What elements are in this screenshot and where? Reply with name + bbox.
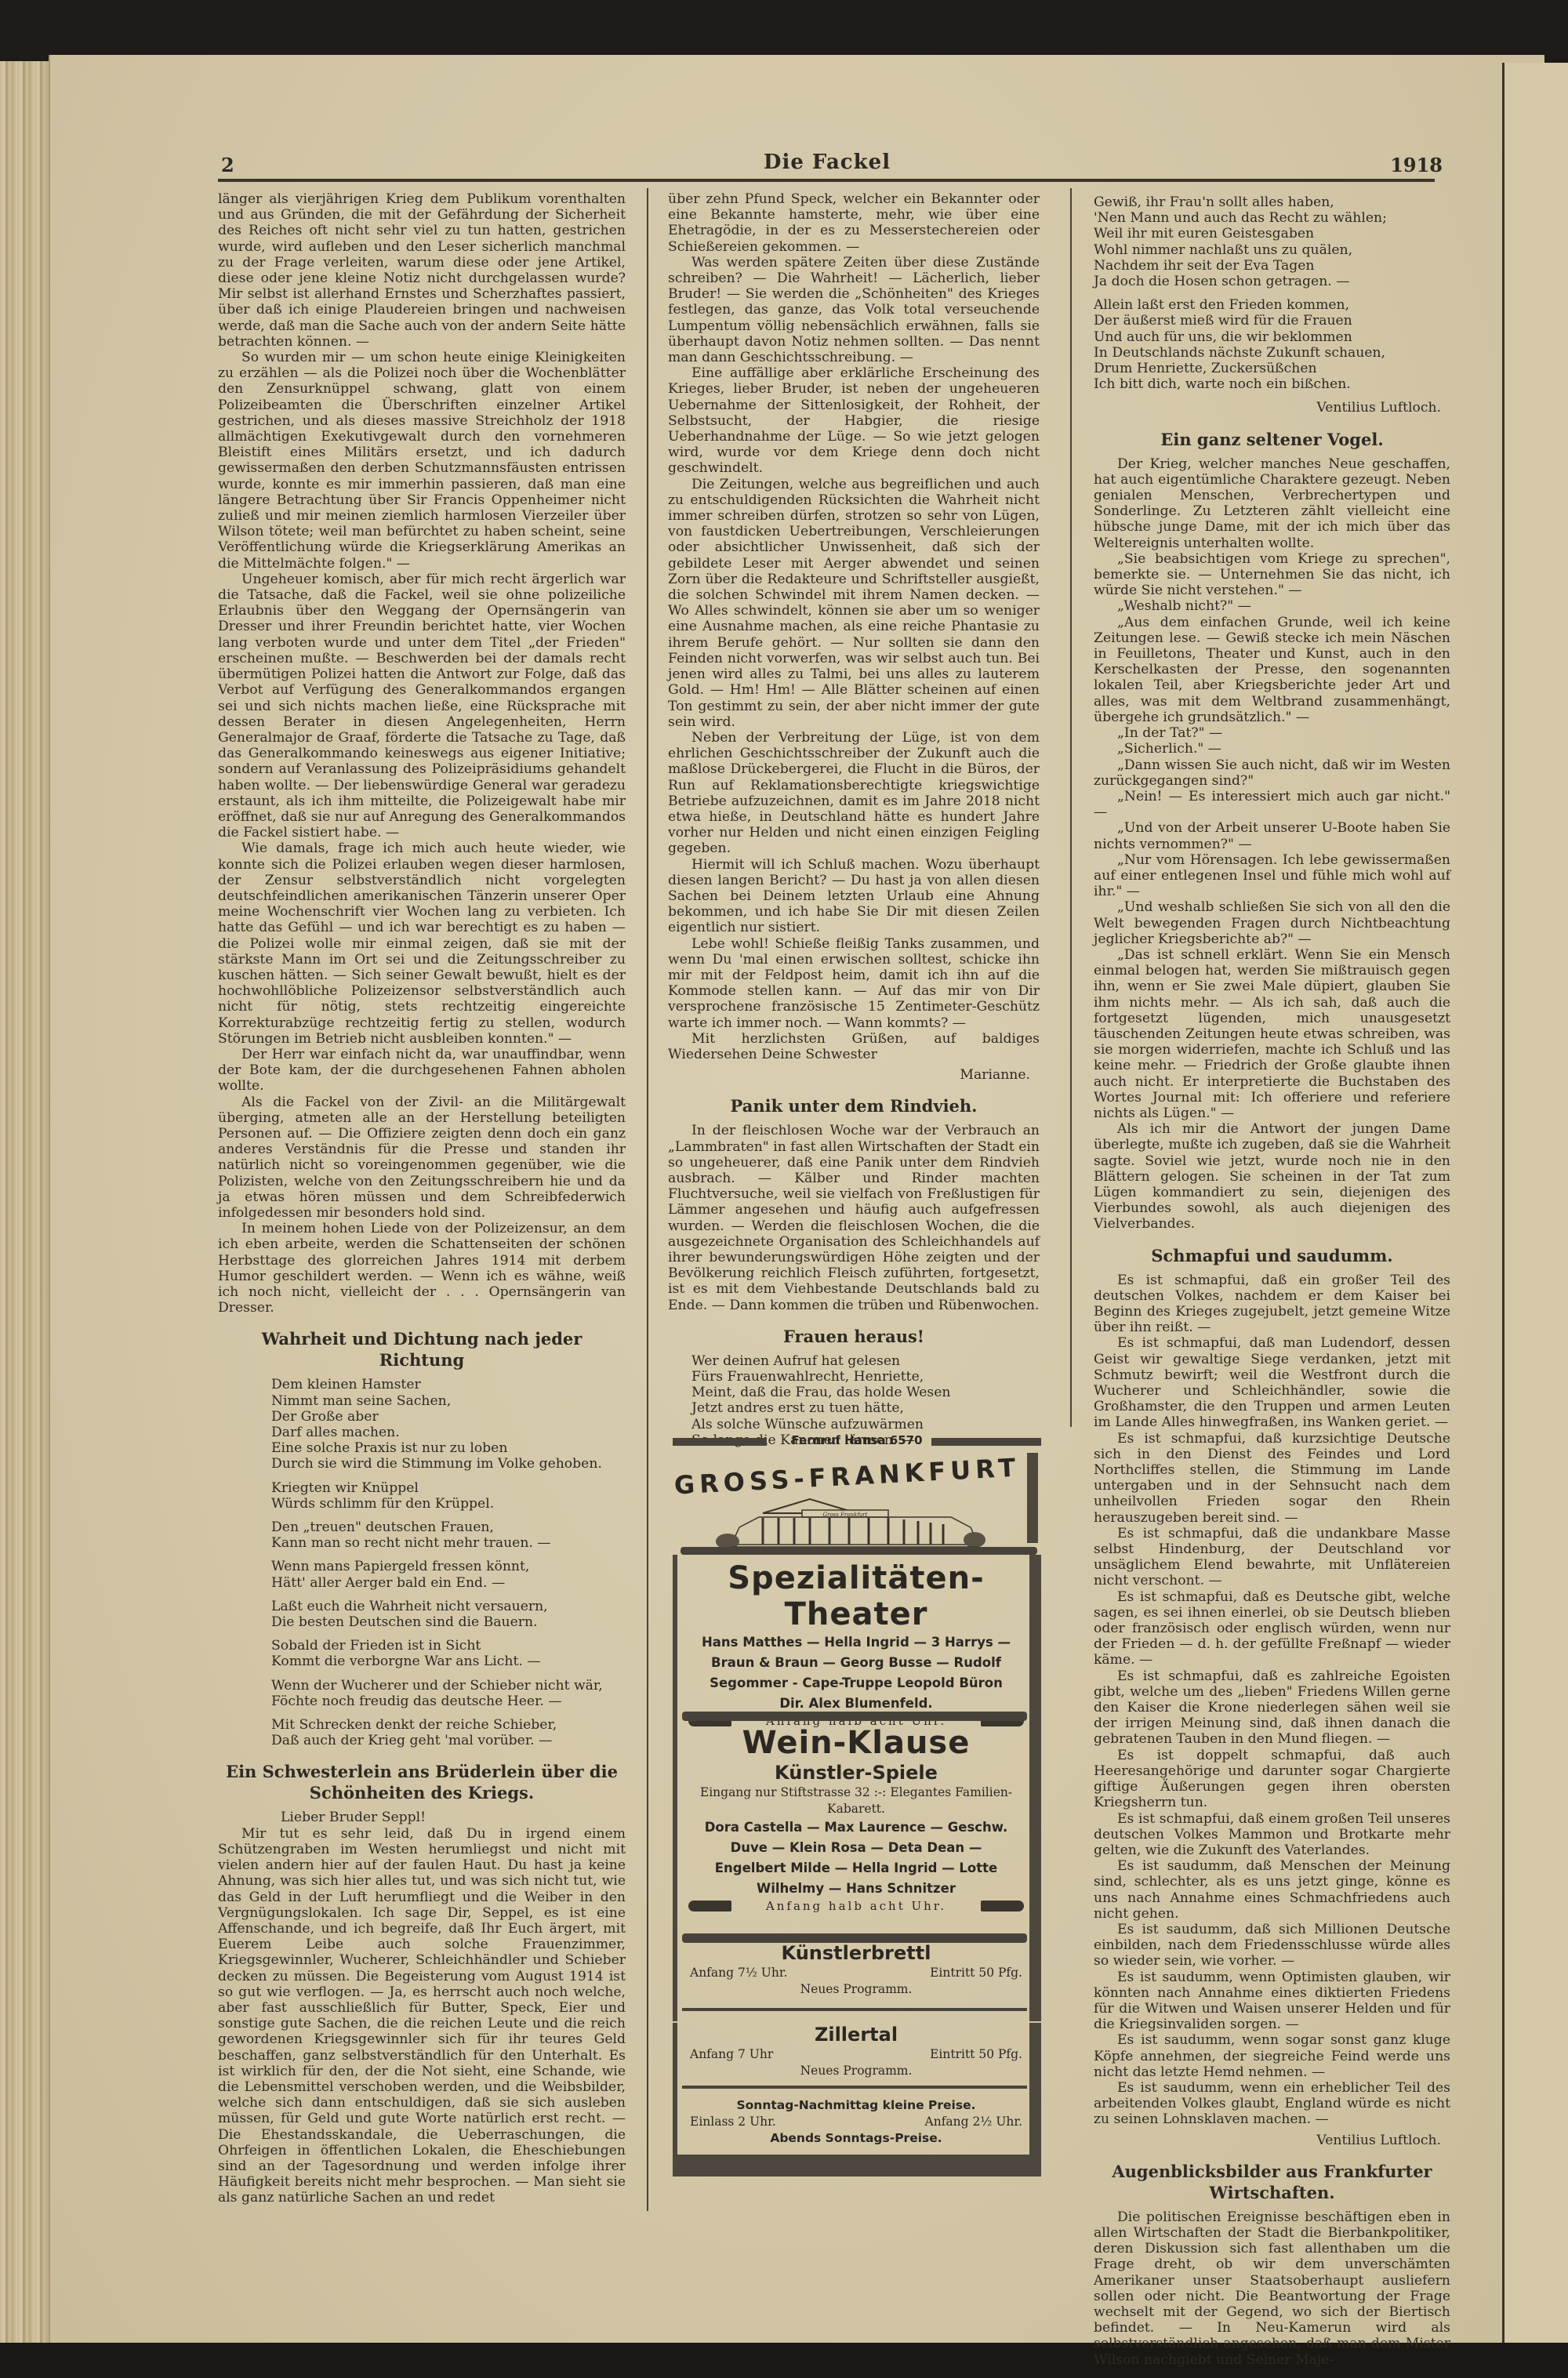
verse-line: Allein laßt erst den Frieden kommen,: [1094, 297, 1450, 313]
header-rule: [218, 179, 1435, 182]
wein-klause-entrance: Eingang nur Stiftstrasse 32 :-: Elegante…: [684, 1784, 1029, 1817]
column-3: Gewiß, ihr Frau'n sollt alles haben, 'Ne…: [1094, 191, 1450, 2368]
paragraph: Es ist schmapfui, daß ein großer Teil de…: [1094, 1273, 1450, 1336]
running-head: 2 Die Fackel 1918: [212, 151, 1443, 182]
ad-frame-right: [1027, 1453, 1038, 1543]
paragraph: Hiermit will ich Schluß machen. Wozu übe…: [668, 857, 1040, 936]
paragraph: Es ist schmapfui, daß einem großen Teil …: [1094, 1811, 1450, 1859]
paragraph: Es ist doppelt schmapfui, daß auch Heere…: [1094, 1748, 1450, 1811]
verse-line: Den „treuen" deutschen Frauen,: [271, 1519, 626, 1535]
verse-line: Der Große aber: [271, 1409, 626, 1425]
signature-marianne: Marianne.: [668, 1067, 1040, 1083]
verse-line: Gewiß, ihr Frau'n sollt alles haben,: [1094, 194, 1450, 210]
paragraph: „In der Tat?" —: [1094, 725, 1450, 741]
verse-line: Kann man so recht nicht mehr trauen. —: [271, 1535, 626, 1551]
paragraph: „Sie beabsichtigen vom Kriege zu spreche…: [1094, 551, 1450, 599]
ad-frame-left: [673, 1555, 677, 2021]
poem-title-frauen: Frauen heraus!: [668, 1326, 1040, 1347]
wein-klause-performers-line: Duve — Klein Rosa — Deta Dean —: [684, 1838, 1029, 1858]
verse-line: Wohl nimmer nachlaßt uns zu quälen,: [1094, 242, 1450, 258]
column-divider: [1070, 188, 1072, 1427]
paragraph: „Weshalb nicht?" —: [1094, 598, 1450, 614]
paragraph: „Nein! — Es interessiert mich auch gar n…: [1094, 789, 1450, 820]
article-title-schmapfui: Schmapfui und saudumm.: [1094, 1245, 1450, 1266]
ad-section-theater: Spezialitäten-Theater Hans Matthes — Hel…: [684, 1560, 1029, 1728]
kuenstlerbrettl-info-row: Anfang 7½ Uhr. Eintritt 50 Pfg.: [684, 1965, 1029, 1981]
ad-divider: [682, 2008, 1027, 2011]
verse-line: Eine solche Praxis ist nur zu loben: [271, 1440, 626, 1456]
wein-klause-title: Wein-Klause: [684, 1725, 1029, 1761]
ad-section-kuenstlerbrettl: Künstlerbrettl Anfang 7½ Uhr. Eintritt 5…: [684, 1941, 1029, 1998]
paragraph: „Und weshalb schließen Sie sich von all …: [1094, 899, 1450, 947]
verse-line: Drum Henriette, Zuckersüßchen: [1094, 361, 1450, 376]
stanza: Dem kleinen Hamster Nimmt man seine Sach…: [271, 1377, 626, 1472]
paragraph: „Aus dem einfachen Grunde, weil ich kein…: [1094, 615, 1450, 725]
paragraph: So wurden mir — um schon heute einige Kl…: [218, 350, 626, 572]
zillertal-info-row: Anfang 7 Uhr Eintritt 50 Pfg.: [684, 2046, 1029, 2063]
column-divider: [647, 188, 648, 2211]
publication-title: Die Fackel: [212, 151, 1443, 174]
paragraph: länger als vierjährigen Krieg dem Publik…: [218, 191, 626, 350]
paragraph: Mit herzlichsten Grüßen, auf baldiges Wi…: [668, 1031, 1040, 1062]
kuenstlerbrettl-note: Neues Programm.: [684, 1981, 1029, 1998]
stanza: Laßt euch die Wahrheit nicht versauern, …: [271, 1599, 626, 1630]
verse-line: Würds schlimm für den Krüppel.: [271, 1496, 626, 1512]
verse-line: Die besten Deutschen sind die Bauern.: [271, 1614, 626, 1630]
sunday-entry: Einlass 2 Uhr.: [690, 2114, 776, 2130]
verse-line: Und auch für uns, die wir beklommen: [1094, 329, 1450, 345]
verse-line: 'Nen Mann und auch das Recht zu wählen;: [1094, 210, 1450, 226]
ad-section-sunday: Sonntag-Nachmittag kleine Preise. Einlas…: [684, 2097, 1029, 2147]
verse-line: Nachdem ihr seit der Eva Tagen: [1094, 258, 1450, 274]
verse-line: Ja doch die Hosen schon getragen. —: [1094, 274, 1450, 289]
issue-year: 1918: [1390, 154, 1443, 176]
ad-divider: [681, 1547, 1037, 1555]
verse-line: Kriegten wir Knüppel: [271, 1480, 626, 1496]
paragraph: „Das ist schnell erklärt. Wenn Sie ein M…: [1094, 947, 1450, 1121]
verse-line: Durch sie wird die Stimmung im Volke geh…: [271, 1456, 626, 1472]
zillertal-title: Zillertal: [684, 2023, 1029, 2046]
verse-line: Jetzt andres erst zu tuen hätte,: [691, 1400, 1040, 1416]
signature-ventilius: Ventilius Luftloch.: [1094, 400, 1450, 416]
letter-title: Ein Schwesterlein ans Brüderlein über di…: [218, 1761, 626, 1803]
paragraph: Es ist schmapfui, daß kurzsichtige Deuts…: [1094, 1431, 1450, 1526]
verse-line: Hätt' aller Aerger bald ein End. —: [271, 1575, 626, 1591]
paragraph: Es ist saudumm, daß Menschen der Meinung…: [1094, 1858, 1450, 1922]
paragraph: Der Krieg, welcher manches Neue geschaff…: [1094, 456, 1450, 551]
verse-line: Kommt die verborgne War ans Licht. —: [271, 1654, 626, 1669]
ad-phone-number: Fernruf Hansa 6570: [673, 1433, 1041, 1447]
pointing-hand-left-icon: [981, 1901, 1024, 1911]
paragraph: Die Zeitungen, welche aus begreiflichen …: [668, 477, 1040, 730]
stanza: Wenn mans Papiergeld fressen könnt, Hätt…: [271, 1559, 626, 1590]
paragraph: Was werden spätere Zeiten über diese Zus…: [668, 255, 1040, 365]
advertisement-continued: Zillertal Anfang 7 Uhr Eintritt 50 Pfg. …: [673, 2023, 1041, 2352]
verse-line: Wenn mans Papiergeld fressen könnt,: [271, 1559, 626, 1574]
signature-ventilius: Ventilius Luftloch.: [1094, 2133, 1450, 2148]
article-title-panik: Panik unter dem Rindvieh.: [668, 1095, 1040, 1116]
paragraph: über zehn Pfund Speck, welcher ein Bekan…: [668, 191, 1040, 255]
wein-klause-performers-line: Engelbert Milde — Hella Ingrid — Lotte: [684, 1858, 1029, 1879]
paragraph: Eine auffällige aber erklärliche Erschei…: [668, 365, 1040, 476]
paragraph: Es ist saudumm, daß sich Millionen Deuts…: [1094, 1922, 1450, 1970]
kuenstlerbrettl-title: Künstlerbrettl: [684, 1941, 1029, 1965]
paragraph: Als ich mir die Antwort der jungen Dame …: [1094, 1121, 1450, 1232]
paragraph: Es ist schmapfui, daß man Ludendorf, des…: [1094, 1335, 1450, 1430]
verse-line: Fürs Frauenwahlrecht, Henriette,: [691, 1369, 1040, 1385]
stanza: Kriegten wir Knüppel Würds schlimm für d…: [271, 1480, 626, 1512]
letter-salutation: Lieber Bruder Seppl!: [218, 1810, 626, 1825]
pointing-hand-right-icon: [688, 1901, 731, 1911]
verse-line: Ich bitt dich, warte noch ein bißchen.: [1094, 376, 1450, 392]
stanza: Gewiß, ihr Frau'n sollt alles haben, 'Ne…: [1094, 194, 1450, 289]
article-title-vogel: Ein ganz seltener Vogel.: [1094, 429, 1450, 450]
theater-performers-line: Hans Matthes — Hella Ingrid — 3 Harrys —: [684, 1632, 1029, 1653]
adjacent-page-edge: ITfiWtleel: [1502, 63, 1568, 2343]
verse-line: Meint, daß die Frau, das holde Wesen: [691, 1385, 1040, 1400]
stanza: Wenn der Wucherer und der Schieber nicht…: [271, 1678, 626, 1709]
theater-performers-line: Segommer - Cape-Truppe Leopold Büron: [684, 1673, 1029, 1694]
paragraph: Als die Fackel von der Zivil- an die Mil…: [218, 1095, 626, 1222]
verse-line: In Deutschlands nächste Zukunft schauen,: [1094, 345, 1450, 361]
paragraph: „Und von der Arbeit unserer U-Boote habe…: [1094, 820, 1450, 851]
kuenstlerbrettl-start: Anfang 7½ Uhr.: [690, 1965, 787, 1981]
wein-klause-subtitle: Künstler-Spiele: [684, 1761, 1029, 1784]
verse-line: Wer deinen Aufruf hat gelesen: [691, 1353, 1040, 1369]
poem-wahrheit: Dem kleinen Hamster Nimmt man seine Sach…: [218, 1377, 626, 1748]
paragraph: „Nur vom Hörensagen. Ich lebe gewisserma…: [1094, 852, 1450, 900]
verse-line: Mit Schrecken denkt der reiche Schieber,: [271, 1717, 626, 1733]
column-2: über zehn Pfund Speck, welcher ein Bekan…: [668, 191, 1040, 1451]
ad-divider: [682, 2086, 1027, 2089]
ad-divider: [682, 1712, 1027, 1721]
verse-line: Sobald der Frieden ist in Sicht: [271, 1638, 626, 1654]
ad-logo-text: GROSS-FRANKFURT: [672, 1452, 1022, 1500]
ad-border-bottom: [673, 2155, 1041, 2177]
paragraph: Es ist schmapfui, daß es Deutsche gibt, …: [1094, 1589, 1450, 1668]
verse-line: Föchte noch freudig das deutsche Heer. —: [271, 1694, 626, 1709]
verse-line: Daß auch der Krieg geht 'mal vorüber. —: [271, 1733, 626, 1748]
stanza: Den „treuen" deutschen Frauen, Kann man …: [271, 1519, 626, 1551]
advertisement-gross-frankfurt: Fernruf Hansa 6570 GROSS-FRANKFURT Gross…: [673, 1433, 1041, 2060]
paragraph: Lebe wohl! Schieße fleißig Tanks zusamme…: [668, 936, 1040, 1031]
paragraph: In meinem hohen Liede von der Polizeizen…: [218, 1221, 626, 1316]
stanza: Allein laßt erst den Frieden kommen, Der…: [1094, 297, 1450, 392]
paragraph: Neben der Verbreitung der Lüge, ist von …: [668, 730, 1040, 857]
verse-line: Laßt euch die Wahrheit nicht versauern,: [271, 1599, 626, 1614]
paragraph: Der Herr war einfach nicht da, war unauf…: [218, 1047, 626, 1095]
wein-klause-performers-line: Dora Castella — Max Laurence — Geschw.: [684, 1817, 1029, 1838]
paragraph: Mir tut es sehr leid, daß Du in irgend e…: [218, 1826, 626, 2206]
zillertal-admission: Eintritt 50 Pfg.: [930, 2046, 1022, 2063]
paragraph: Die politischen Ereignisse beschäftigen …: [1094, 2209, 1450, 2368]
article-title-augenblick: Augenblicksbilder aus Frankfurter Wirtsc…: [1094, 2161, 1450, 2203]
zillertal-note: Neues Programm.: [684, 2063, 1029, 2079]
verse-line: Dem kleinen Hamster: [271, 1377, 626, 1392]
paragraph: Es ist schmapfui, daß die undankbare Mas…: [1094, 1526, 1450, 1589]
kuenstlerbrettl-admission: Eintritt 50 Pfg.: [930, 1965, 1022, 1981]
paragraph: „Dann wissen Sie auch nicht, daß wir im …: [1094, 757, 1450, 789]
ad-frame-left: [673, 2023, 677, 2164]
poem-title-wahrheit: Wahrheit und Dichtung nach jeder Richtun…: [218, 1328, 626, 1371]
verse-line: Der äußerst mieß wird für die Frauen: [1094, 313, 1450, 329]
zillertal-start: Anfang 7 Uhr: [690, 2046, 773, 2063]
ad-frame-right: [1029, 1555, 1041, 2021]
column-1: länger als vierjährigen Krieg dem Publik…: [218, 191, 626, 2206]
verse-line: Darf alles machen.: [271, 1425, 626, 1440]
paragraph: Es ist schmapfui, daß es zahlreiche Egoi…: [1094, 1668, 1450, 1748]
ad-frame-right: [1029, 2023, 1041, 2164]
sunday-start: Anfang 2½ Uhr.: [925, 2114, 1022, 2130]
paragraph: Es ist saudumm, wenn Optimisten glauben,…: [1094, 1970, 1450, 2033]
ad-section-zillertal: Zillertal Anfang 7 Uhr Eintritt 50 Pfg. …: [684, 2023, 1029, 2079]
wein-klause-start-row: Anfang halb acht Uhr.: [684, 1899, 1029, 1913]
paragraph: „Sicherlich." —: [1094, 741, 1450, 757]
sunday-prices: Sonntag-Nachmittag kleine Preise.: [684, 2097, 1029, 2114]
stanza: Mit Schrecken denkt der reiche Schieber,…: [271, 1717, 626, 1748]
verse-line: Als solche Wünsche aufzuwärmen: [691, 1417, 1040, 1432]
paragraph: Es ist saudumm, wenn sogar sonst ganz kl…: [1094, 2032, 1450, 2080]
paragraph: Wie damals, frage ich mich auch heute wi…: [218, 840, 626, 1047]
ad-section-wein-klause: Wein-Klause Künstler-Spiele Eingang nur …: [684, 1725, 1029, 1913]
poem-frauen-continued: Gewiß, ihr Frau'n sollt alles haben, 'Ne…: [1094, 194, 1450, 392]
sunday-times-row: Einlass 2 Uhr. Anfang 2½ Uhr.: [684, 2114, 1029, 2130]
ad-logo: GROSS-FRANKFURT Gross Frankfurt: [673, 1449, 1022, 1545]
building-illustration-icon: Gross Frankfurt: [716, 1496, 986, 1549]
verse-line: Nimmt man seine Sachen,: [271, 1393, 626, 1409]
wein-klause-start-time: Anfang halb acht Uhr.: [766, 1899, 946, 1913]
theater-title: Spezialitäten-Theater: [684, 1560, 1029, 1632]
paragraph: In der fleischlosen Woche war der Verbra…: [668, 1123, 1040, 1312]
verse-line: Wenn der Wucherer und der Schieber nicht…: [271, 1678, 626, 1694]
wein-klause-performers-line: Wilhelmy — Hans Schnitzer: [684, 1879, 1029, 1899]
paragraph: Es ist saudumm, wenn ein erheblicher Tei…: [1094, 2080, 1450, 2128]
paragraph: Ungeheuer komisch, aber für mich recht ä…: [218, 572, 626, 840]
sunday-evening-prices: Abends Sonntags-Preise.: [684, 2130, 1029, 2147]
theater-performers-line: Braun & Braun — Georg Busse — Rudolf: [684, 1653, 1029, 1673]
verse-line: Weil ihr mit euren Geistesgaben: [1094, 226, 1450, 241]
stanza: Sobald der Frieden ist in Sicht Kommt di…: [271, 1638, 626, 1669]
scan-background-top: [0, 0, 1568, 59]
